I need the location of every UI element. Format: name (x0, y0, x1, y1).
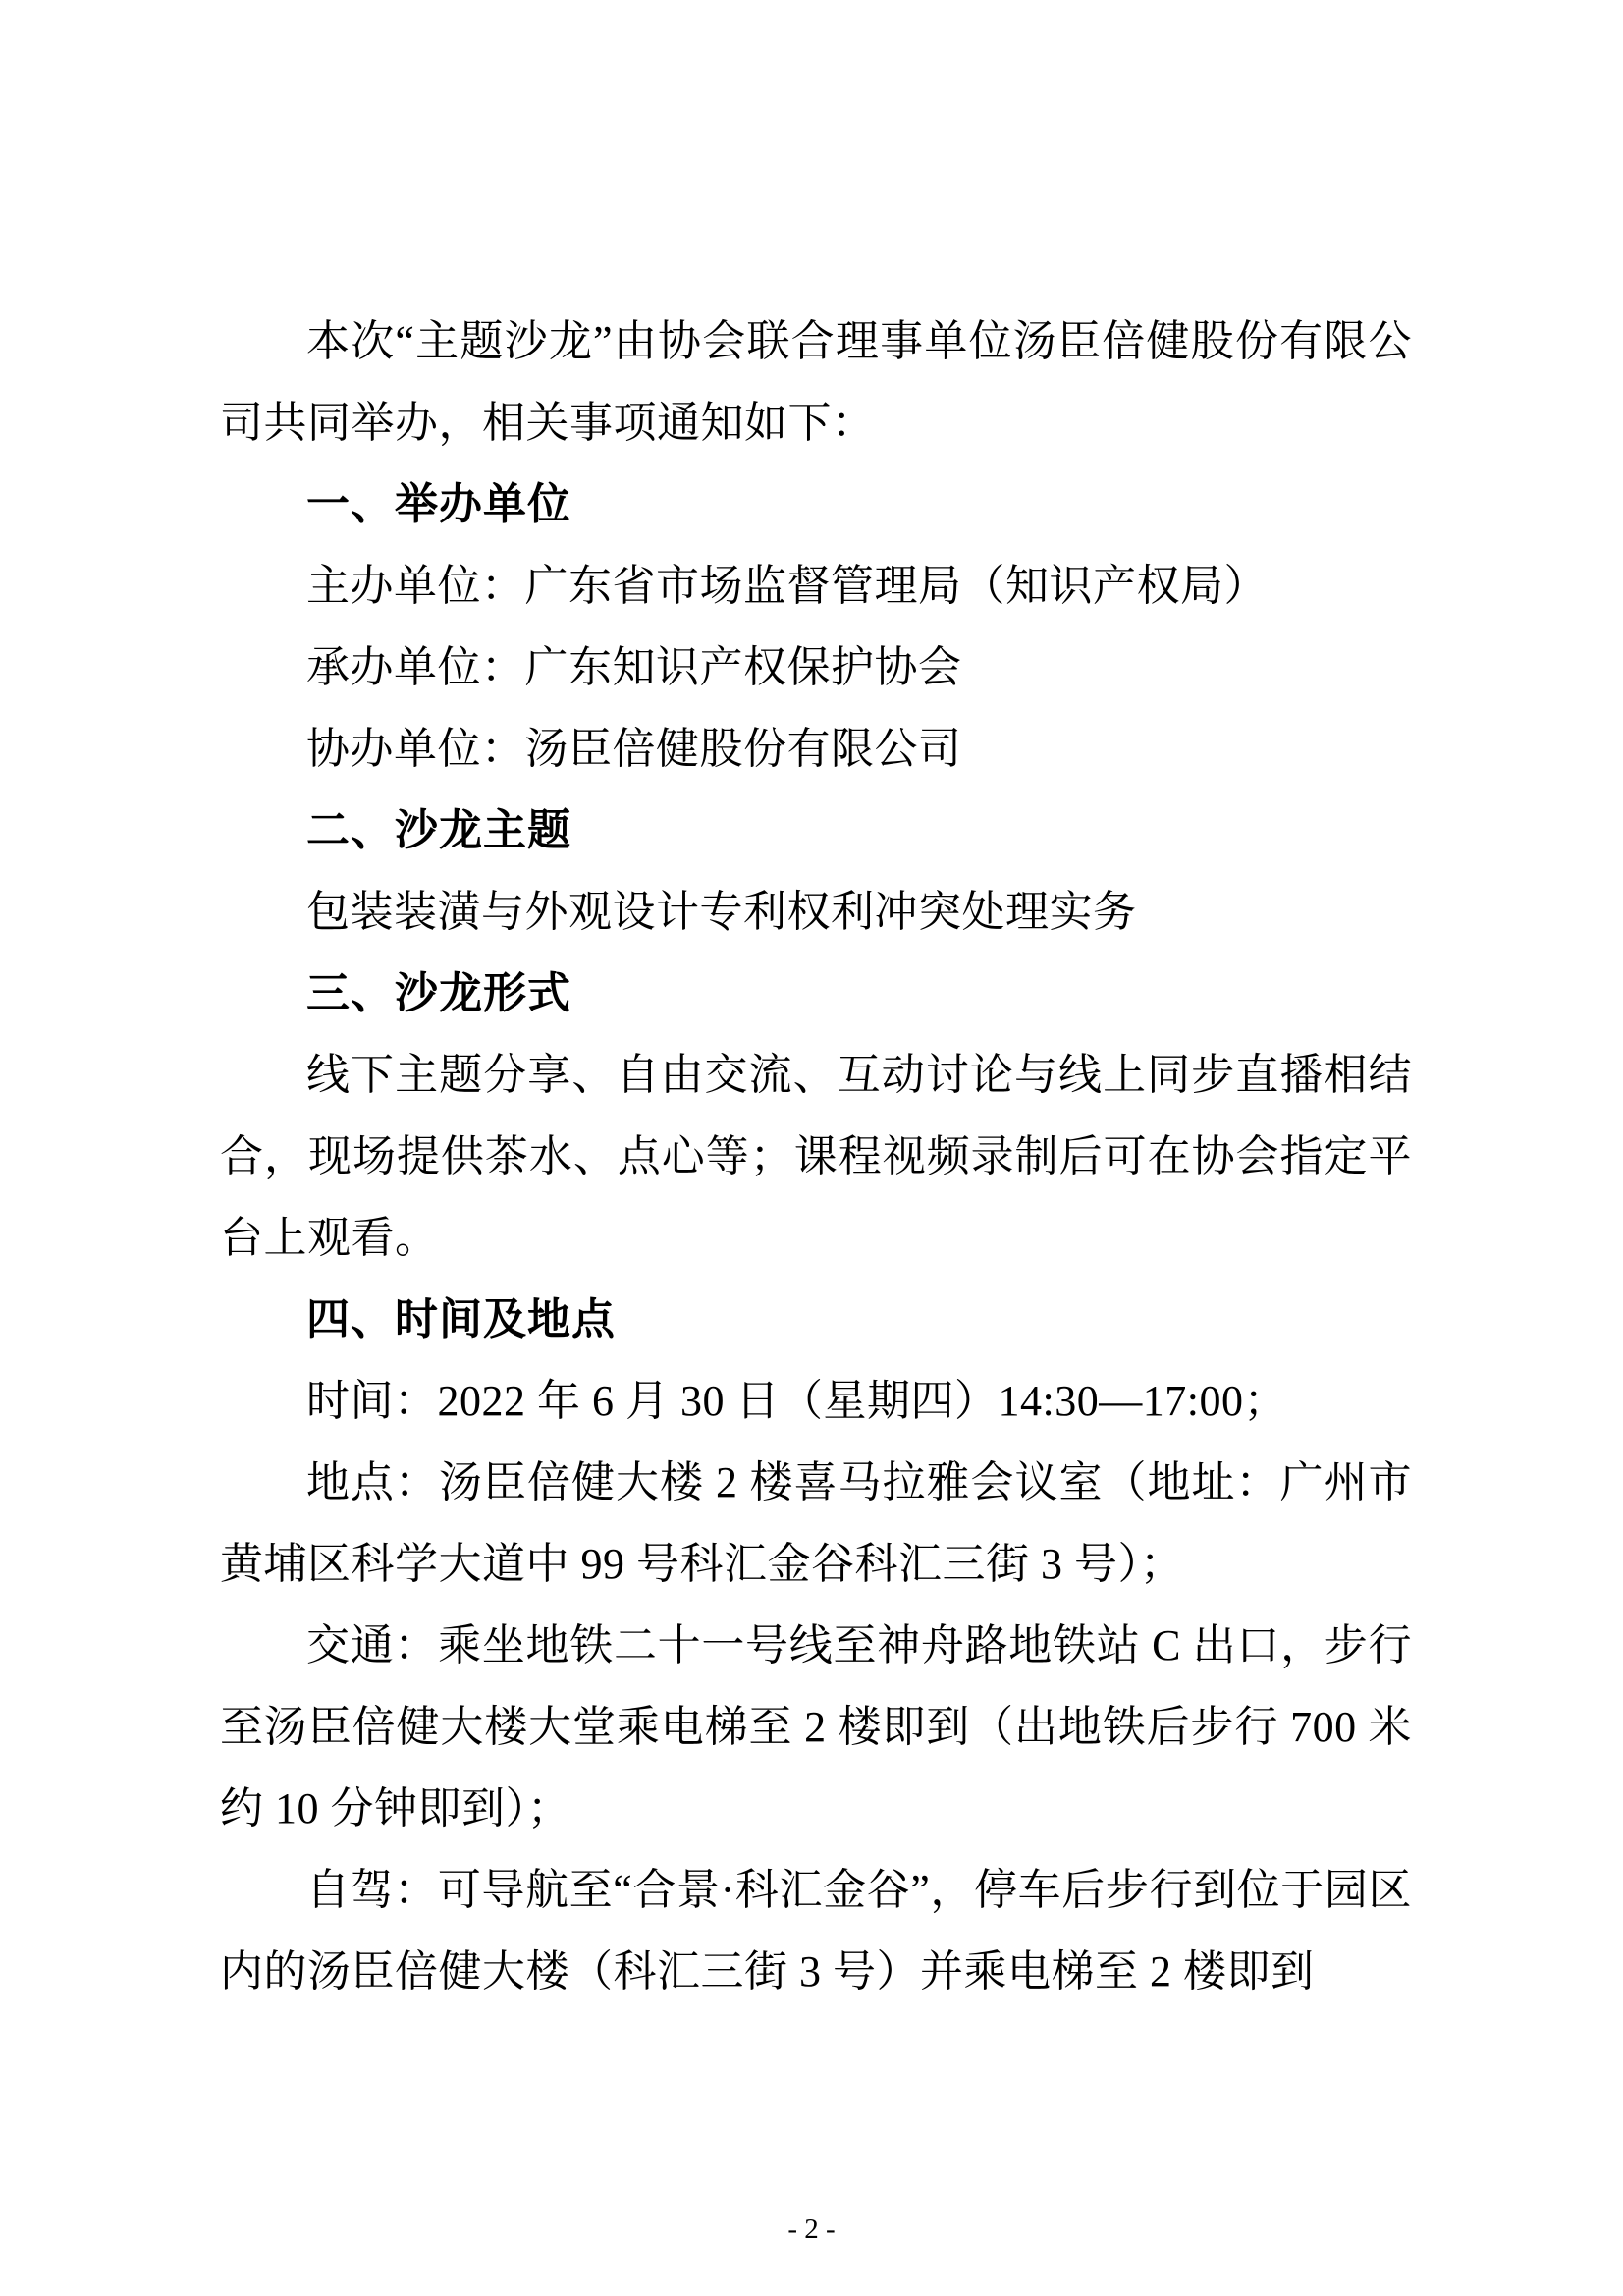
para-time: 时间：2022 年 6 月 30 日（星期四）14:30—17:00； (220, 1360, 1412, 1442)
para-driving-directions: 自驾：可导航至“合景·科汇金谷”，停车后步行到位于园区内的汤臣倍健大楼（科汇三街… (220, 1849, 1412, 2012)
document-page: 本次“主题沙龙”由协会联合理事单位汤臣倍健股份有限公司共同举办，相关事项通知如下… (0, 0, 1623, 2296)
para-transit-directions: 交通：乘坐地铁二十一号线至神舟路地铁站 C 出口，步行至汤臣倍健大楼大堂乘电梯至… (220, 1605, 1412, 1849)
heading-salon-format: 三、沙龙形式 (220, 953, 1412, 1034)
page-number: - 2 - (0, 2210, 1623, 2249)
para-salon-format: 线下主题分享、自由交流、互动讨论与线上同步直播相结合，现场提供茶水、点心等；课程… (220, 1034, 1412, 1279)
para-location: 地点：汤臣倍健大楼 2 楼喜马拉雅会议室（地址：广州市黄埔区科学大道中 99 号… (220, 1442, 1412, 1605)
para-host-unit: 主办单位：广东省市场监督管理局（知识产权局） (220, 545, 1412, 627)
paragraph-intro: 本次“主题沙龙”由协会联合理事单位汤臣倍健股份有限公司共同举办，相关事项通知如下… (220, 301, 1412, 464)
para-co-organizer-unit: 协办单位：汤臣倍健股份有限公司 (220, 708, 1412, 790)
heading-salon-topic: 二、沙龙主题 (220, 790, 1412, 871)
heading-time-location: 四、时间及地点 (220, 1279, 1412, 1360)
heading-organizers: 一、举办单位 (220, 464, 1412, 545)
para-salon-topic: 包装装潢与外观设计专利权利冲突处理实务 (220, 871, 1412, 953)
para-organizer-unit: 承办单位：广东知识产权保护协会 (220, 627, 1412, 708)
document-body: 本次“主题沙龙”由协会联合理事单位汤臣倍健股份有限公司共同举办，相关事项通知如下… (220, 301, 1412, 2012)
